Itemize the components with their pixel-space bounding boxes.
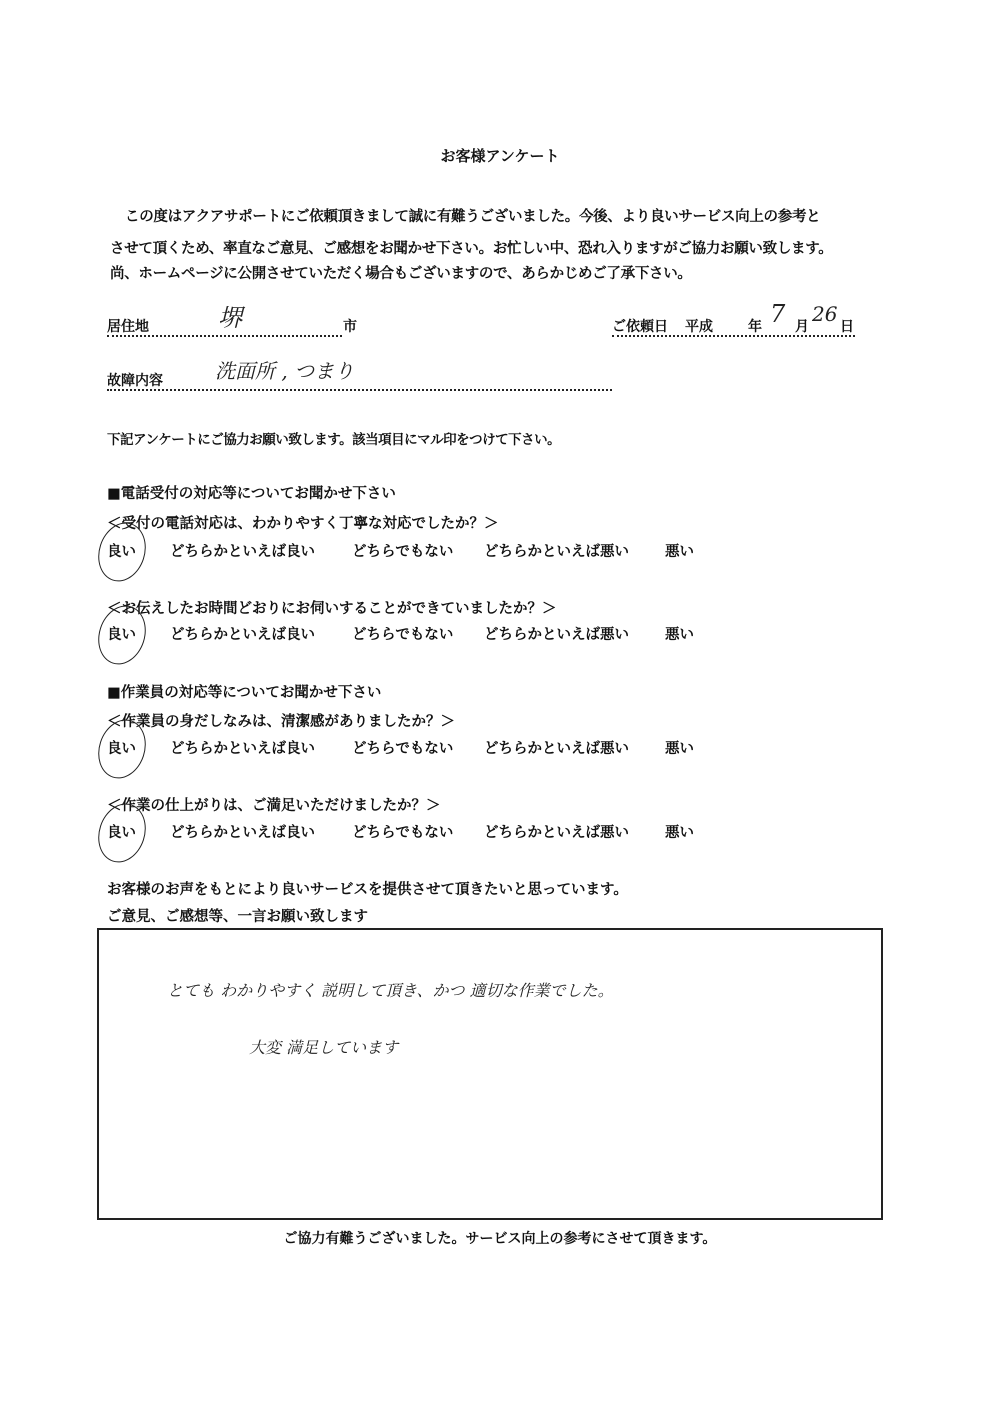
request-date-label: ご依頼日 xyxy=(612,316,668,336)
option-neutral[interactable]: どちらでもない xyxy=(352,737,453,758)
section-heading-worker: ■作業員の対応等についてお聞かせ下さい xyxy=(107,681,381,702)
option-neutral[interactable]: どちらでもない xyxy=(352,623,453,644)
fault-value[interactable]: 洗面所 , つまり xyxy=(215,355,354,384)
option-somewhat-good[interactable]: どちらかといえば良い xyxy=(170,540,315,561)
section-heading-phone: ■電話受付の対応等についてお聞かせ下さい xyxy=(107,482,396,503)
closing-line-2: ご意見、ご感想等、一言お願い致します xyxy=(107,905,368,926)
survey-instruction: 下記アンケートにご協力お願い致します。該当項目にマル印をつけて下さい。 xyxy=(107,428,560,448)
option-somewhat-bad[interactable]: どちらかといえば悪い xyxy=(484,623,629,644)
option-good[interactable]: 良い xyxy=(107,540,136,561)
option-good[interactable]: 良い xyxy=(107,737,136,758)
option-bad[interactable]: 悪い xyxy=(665,540,694,561)
residence-suffix: 市 xyxy=(343,316,357,336)
option-somewhat-good[interactable]: どちらかといえば良い xyxy=(170,821,315,842)
comment-box[interactable]: とても わかりやすく 説明して頂き、かつ 適切な作業でした。 大変 満足していま… xyxy=(97,928,883,1220)
question-work-finish: ＜作業の仕上がりは、ご満足いただけましたか？＞ xyxy=(107,794,441,815)
request-date-year-label: 年 xyxy=(748,316,762,336)
options-worker-appearance: 良い どちらかといえば良い どちらでもない どちらかといえば悪い 悪い xyxy=(107,737,747,757)
request-date-underline xyxy=(612,335,855,337)
request-date-month-value[interactable]: 7 xyxy=(770,300,785,328)
comment-line-2: 大変 満足しています xyxy=(249,1035,398,1058)
option-somewhat-bad[interactable]: どちらかといえば悪い xyxy=(484,540,629,561)
request-date-day-value[interactable]: 26 xyxy=(812,302,837,326)
residence-label: 居住地 xyxy=(107,316,149,336)
request-date-day-label: 日 xyxy=(840,316,854,336)
request-date-era: 平成 xyxy=(685,316,713,336)
residence-underline xyxy=(107,335,342,337)
question-worker-appearance: ＜作業員の身だしなみは、清潔感がありましたか？＞ xyxy=(107,710,455,731)
option-somewhat-good[interactable]: どちらかといえば良い xyxy=(170,737,315,758)
option-somewhat-bad[interactable]: どちらかといえば悪い xyxy=(484,821,629,842)
options-work-finish: 良い どちらかといえば良い どちらでもない どちらかといえば悪い 悪い xyxy=(107,821,747,841)
request-date-month-label: 月 xyxy=(795,316,809,336)
option-bad[interactable]: 悪い xyxy=(665,737,694,758)
option-good[interactable]: 良い xyxy=(107,623,136,644)
intro-line-2: させて頂くため、率直なご意見、ご感想をお聞かせ下さい。お忙しい中、恐れ入りますが… xyxy=(110,237,900,258)
intro-line-1: この度はアクアサポートにご依頼頂きまして誠に有難うございました。今後、より良いサ… xyxy=(125,205,915,226)
option-good[interactable]: 良い xyxy=(107,821,136,842)
fault-label: 故障内容 xyxy=(107,370,163,390)
option-neutral[interactable]: どちらでもない xyxy=(352,821,453,842)
option-somewhat-bad[interactable]: どちらかといえば悪い xyxy=(484,737,629,758)
options-phone-clarity: 良い どちらかといえば良い どちらでもない どちらかといえば悪い 悪い xyxy=(107,540,747,560)
fault-underline xyxy=(107,389,612,391)
comment-line-1: とても わかりやすく 説明して頂き、かつ 適切な作業でした。 xyxy=(167,978,614,1001)
residence-value[interactable]: 堺 xyxy=(218,298,242,333)
question-phone-clarity: ＜受付の電話対応は、わかりやすく丁寧な対応でしたか？＞ xyxy=(107,512,499,533)
intro-line-3: 尚、ホームページに公開させていただく場合もございますので、あらかじめご了承下さい… xyxy=(110,262,900,283)
options-arrival-time: 良い どちらかといえば良い どちらでもない どちらかといえば悪い 悪い xyxy=(107,623,747,643)
option-neutral[interactable]: どちらでもない xyxy=(352,540,453,561)
question-arrival-time: ＜お伝えしたお時間どおりにお伺いすることができていましたか？＞ xyxy=(107,597,557,618)
closing-line-1: お客様のお声をもとにより良いサービスを提供させて頂きたいと思っています。 xyxy=(107,878,628,899)
option-bad[interactable]: 悪い xyxy=(665,821,694,842)
option-bad[interactable]: 悪い xyxy=(665,623,694,644)
option-somewhat-good[interactable]: どちらかといえば良い xyxy=(170,623,315,644)
footer-thanks: ご協力有難うございました。サービス向上の参考にさせて頂きます。 xyxy=(0,1228,1000,1248)
survey-title: お客様アンケート xyxy=(0,145,1000,166)
